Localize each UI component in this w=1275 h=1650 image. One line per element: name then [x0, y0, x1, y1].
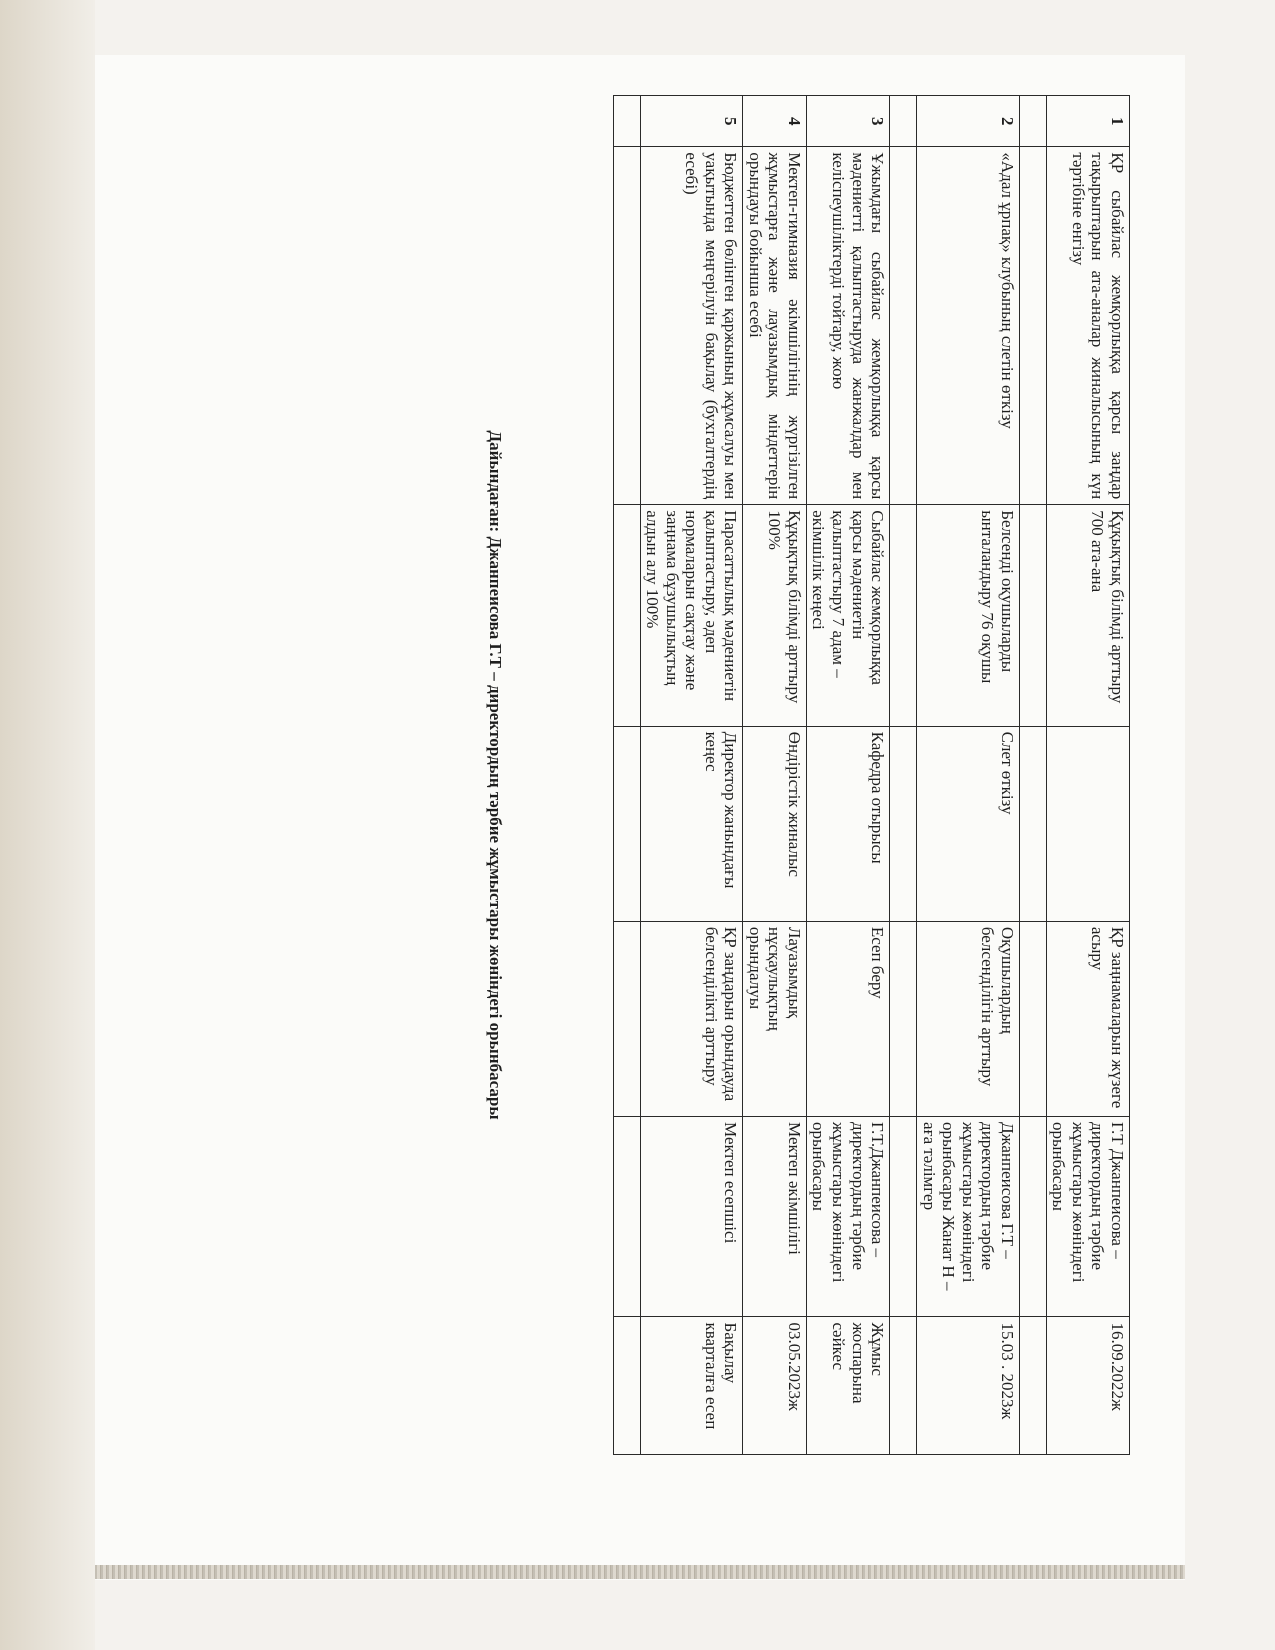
- result-cell: Құқықтық білімді арттыру 100%: [743, 505, 807, 726]
- goal-cell: Лауазымдық нұсқаулықтың орындалуы: [743, 921, 807, 1116]
- form-cell: Слет өткізу: [917, 726, 1020, 921]
- row-number: 1: [1046, 96, 1129, 147]
- table-row: 4 Мектеп-гимназия әкімшілігінің жүргізіл…: [743, 96, 807, 1455]
- table-row: 5 Бюджеттен бөлінген қаржының жұмсалуы м…: [640, 96, 743, 1455]
- form-cell: [1046, 726, 1129, 921]
- responsible-cell: Г.Т.Джанпеисова – директордың тәрбие жұм…: [806, 1117, 889, 1317]
- plan-table: 1 ҚР сыбайлас жемқорлыққа қарсы заңдар т…: [613, 95, 1130, 1455]
- event-cell: «Адал ұрпақ» клубының слетін өткізу: [917, 147, 1020, 505]
- scan-margin: [0, 0, 95, 1650]
- date-cell: 15.03 . 2023ж: [917, 1317, 1020, 1455]
- responsible-cell: Мектеп есепшісі: [640, 1117, 743, 1317]
- event-cell: ҚР сыбайлас жемқорлыққа қарсы заңдар тақ…: [1046, 147, 1129, 505]
- rotated-content: 1 ҚР сыбайлас жемқорлыққа қарсы заңдар т…: [430, 95, 1130, 1455]
- result-cell: Құқықтық білімді арттыру 700 ата-ана: [1046, 505, 1129, 726]
- date-cell: 16.09.2022ж: [1046, 1317, 1129, 1455]
- table-row-spacer: [1019, 96, 1046, 1455]
- date-cell: Бақылау кварталға есеп: [640, 1317, 743, 1455]
- form-cell: Директор жанындағы кеңес: [640, 726, 743, 921]
- row-number: 5: [640, 96, 743, 147]
- table-row: 3 Ұжымдағы сыбайлас жемқорлыққа қарсы мә…: [806, 96, 889, 1455]
- table-row: 1 ҚР сыбайлас жемқорлыққа қарсы заңдар т…: [1046, 96, 1129, 1455]
- event-cell: Мектеп-гимназия әкімшілігінің жүргізілге…: [743, 147, 807, 505]
- table-row: 2 «Адал ұрпақ» клубының слетін өткізу Бе…: [917, 96, 1020, 1455]
- row-number: 2: [917, 96, 1020, 147]
- result-cell: Сыбайлас жемқорлыққа қарсы мәдениетін қа…: [806, 505, 889, 726]
- result-cell: Белсенді оқушыларды ынталандыру 76 оқушы: [917, 505, 1020, 726]
- goal-cell: Есеп беру: [806, 921, 889, 1116]
- date-cell: 03.05.2023ж: [743, 1317, 807, 1455]
- event-cell: Ұжымдағы сыбайлас жемқорлыққа қарсы мәде…: [806, 147, 889, 505]
- date-cell: Жұмыс жоспарына сәйкес: [806, 1317, 889, 1455]
- result-cell: Парасаттылық мәдениетін қалыптастыру, әд…: [640, 505, 743, 726]
- prepared-by-footer: Дайындаған: Джанпеисова Г.Т – директорды…: [485, 95, 505, 1455]
- goal-cell: ҚР заңдарын орындауда белсенділікті артт…: [640, 921, 743, 1116]
- table-row-spacer: [613, 96, 640, 1455]
- row-number: 3: [806, 96, 889, 147]
- row-number: 4: [743, 96, 807, 147]
- event-cell: Бюджеттен бөлінген қаржының жұмсалуы мен…: [640, 147, 743, 505]
- responsible-cell: Джанпеисова Г.Т – директордың тәрбие жұм…: [917, 1117, 1020, 1317]
- goal-cell: Оқушылардың белсенділігін арттыру: [917, 921, 1020, 1116]
- form-cell: Өндірістік жиналыс: [743, 726, 807, 921]
- goal-cell: ҚР заңнамаларын жүзеге асыру: [1046, 921, 1129, 1116]
- responsible-cell: Мектеп әкімшілігі: [743, 1117, 807, 1317]
- responsible-cell: Г.Т Джанпеисова – директордың тәрбие жұм…: [1046, 1117, 1129, 1317]
- table-row-spacer: [890, 96, 917, 1455]
- scan-edge-strip: [95, 1565, 1185, 1579]
- form-cell: Кафедра отырысы: [806, 726, 889, 921]
